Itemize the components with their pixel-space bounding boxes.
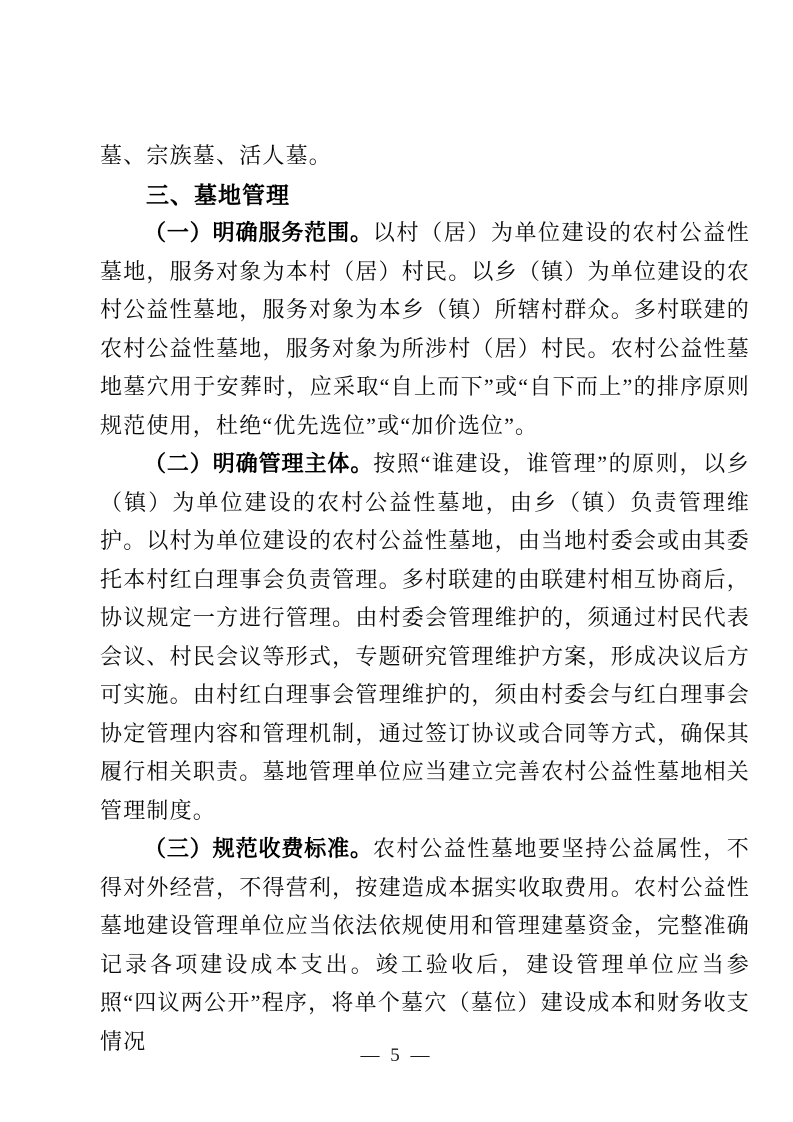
paragraph-lead: （一）明确服务范围。 [144,220,373,245]
paragraph-lead: （二）明确管理主体。 [144,451,373,476]
page-number: — 5 — [0,1045,793,1067]
paragraph-lead: （三）规范收费标准。 [144,836,373,861]
paragraph-text: 农村公益性墓地要坚持公益属性，不得对外经营，不得营利，按建造成本据实收取费用。农… [100,836,750,1054]
paragraph-text: 以村（居）为单位建设的农村公益性墓地，服务对象为本村（居）村民。以乡（镇）为单位… [100,220,750,438]
paragraph-text: 按照“谁建设，谁管理”的原则，以乡（镇）为单位建设的农村公益性墓地，由乡（镇）负… [100,451,750,823]
document-page: 墓、宗族墓、活人墓。 三、墓地管理 （一）明确服务范围。以村（居）为单位建设的农… [0,0,793,1122]
paragraph-management-body: （二）明确管理主体。按照“谁建设，谁管理”的原则，以乡（镇）为单位建设的农村公益… [100,445,750,830]
section-heading: 三、墓地管理 [100,176,750,215]
document-body: 墓、宗族墓、活人墓。 三、墓地管理 （一）明确服务范围。以村（居）为单位建设的农… [100,137,750,1061]
paragraph-service-scope: （一）明确服务范围。以村（居）为单位建设的农村公益性墓地，服务对象为本村（居）村… [100,214,750,445]
section-heading-text: 三、墓地管理 [146,182,290,208]
continuation-text: 墓、宗族墓、活人墓。 [100,143,332,168]
paragraph-fee-standards: （三）规范收费标准。农村公益性墓地要坚持公益属性，不得对外经营，不得营利，按建造… [100,830,750,1061]
continuation-line: 墓、宗族墓、活人墓。 [100,137,750,176]
